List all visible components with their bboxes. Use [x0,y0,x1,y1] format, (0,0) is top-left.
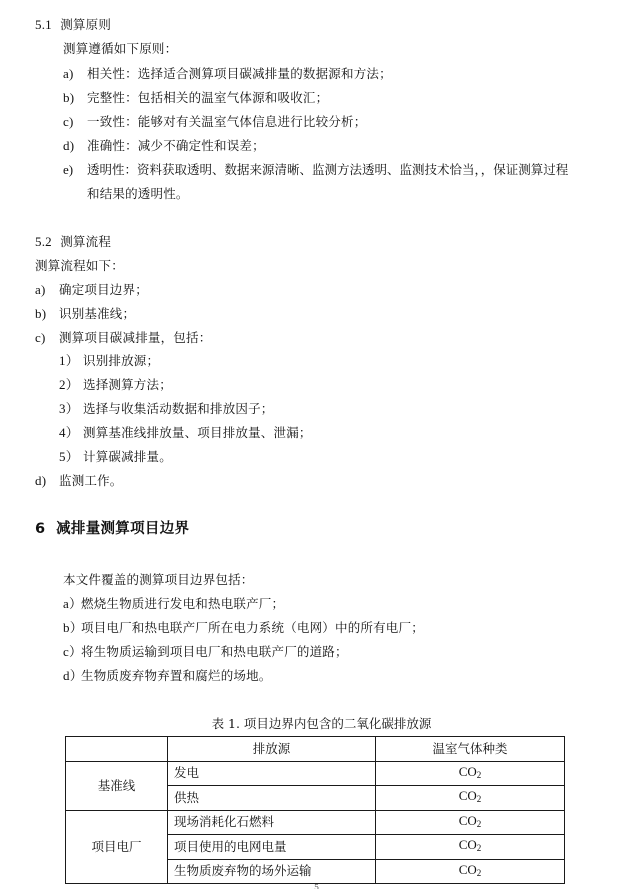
list-marker: a） [63,596,81,612]
list-text: 测算项目碳减排量，包括： [59,330,211,345]
gas-cell: CO2 [376,835,565,860]
list-text: 燃烧生物质进行发电和热电联产厂； [81,596,284,611]
section-title: 减排量测算项目边界 [56,521,189,537]
gas-subscript: 2 [477,868,482,878]
group-label-cell: 项目电厂 [66,810,168,884]
list-text: 一致性：能够对有关温室气体信息进行比较分析； [87,114,366,129]
list-item: d)准确性：减少不确定性和误差； [63,138,265,154]
source-cell: 供热 [168,786,376,811]
list-text: 完整性：包括相关的温室气体源和吸收汇； [87,90,328,105]
gas-cell: CO2 [376,786,565,811]
section-5-2-heading: 5.2 测算流程 [35,234,111,250]
list-marker: c） [63,644,81,660]
table-header-cell: 温室气体种类 [376,737,565,762]
section-title: 测算原则 [60,17,111,32]
list-marker: c) [35,330,59,346]
section-5-1-heading: 5.1 测算原则 [35,17,111,33]
list-marker: 2） [59,377,83,393]
list-marker: c) [63,114,87,130]
list-item: b)识别基准线； [35,306,135,322]
list-item: b)完整性：包括相关的温室气体源和吸收汇； [63,90,328,106]
gas-subscript: 2 [477,770,482,780]
list-marker: a) [35,282,59,298]
list-marker: 1） [59,353,83,369]
list-item: c）将生物质运输到项目电厂和热电联产厂的道路； [63,644,348,660]
list-text: 监测工作。 [59,473,123,488]
gas-subscript: 2 [477,843,482,853]
list-marker: b) [35,306,59,322]
section-number: 5.1 [35,17,52,32]
list-item: e)透明性：资料获取透明、数据来源清晰、监测方法透明、监测技术恰当，，保证测算过… [63,162,568,178]
list-marker: b) [63,90,87,106]
table-row: 项目电厂 现场消耗化石燃料 CO2 [66,810,565,835]
sub-list-item: 2）选择测算方法； [59,377,172,393]
emission-sources-table: 排放源 温室气体种类 基准线 发电 CO2 供热 CO2 项目电厂 现场消耗化石… [65,736,565,884]
section-6-intro: 本文件覆盖的测算项目边界包括： [63,572,254,588]
list-marker: a) [63,66,87,82]
page-number: 5 [314,883,319,889]
sub-list-item: 3）选择与收集活动数据和排放因子； [59,401,274,417]
list-item: b）项目电厂和热电联产厂所在电力系统（电网）中的所有电厂； [63,620,424,636]
list-item: c)一致性：能够对有关温室气体信息进行比较分析； [63,114,366,130]
section-number: 6 [35,521,45,537]
list-item-continuation: 和结果的透明性。 [87,186,189,202]
section-5-2-intro: 测算流程如下： [35,258,124,274]
gas-cell: CO2 [376,810,565,835]
list-item: a）燃烧生物质进行发电和热电联产厂； [63,596,284,612]
list-text: 透明性：资料获取透明、数据来源清晰、监测方法透明、监测技术恰当，，保证测算过程 [87,162,568,177]
gas-formula: CO [459,788,477,803]
table-header-row: 排放源 温室气体种类 [66,737,565,762]
table-header-cell [66,737,168,762]
source-cell: 现场消耗化石燃料 [168,810,376,835]
list-text: 确定项目边界； [59,282,148,297]
list-text: 选择测算方法； [83,377,172,392]
list-item: a)相关性：选择适合测算项目碳减排量的数据源和方法； [63,66,392,82]
gas-formula: CO [459,837,477,852]
list-text: 识别基准线； [59,306,135,321]
list-marker: d) [63,138,87,154]
list-item: c)测算项目碳减排量，包括： [35,330,211,346]
gas-formula: CO [459,862,477,877]
list-item: a)确定项目边界； [35,282,148,298]
list-marker: b） [63,620,81,636]
gas-subscript: 2 [477,819,482,829]
list-marker: e) [63,162,87,178]
table-header-cell: 排放源 [168,737,376,762]
list-text: 相关性：选择适合测算项目碳减排量的数据源和方法； [87,66,392,81]
source-cell: 生物质废弃物的场外运输 [168,859,376,884]
sub-list-item: 5）计算碳减排量。 [59,449,172,465]
list-marker: 5） [59,449,83,465]
list-text: 生物质废弃物弃置和腐烂的场地。 [81,668,272,683]
section-number: 5.2 [35,234,52,249]
section-5-1-intro: 测算遵循如下原则： [63,41,177,57]
list-marker: 4） [59,425,83,441]
list-marker: d) [35,473,59,489]
gas-formula: CO [459,764,477,779]
section-6-heading: 6 减排量测算项目边界 [35,521,189,537]
list-text: 识别排放源； [83,353,159,368]
source-cell: 项目使用的电网电量 [168,835,376,860]
sub-list-item: 1）识别排放源； [59,353,159,369]
section-title: 测算流程 [60,234,111,249]
gas-cell: CO2 [376,761,565,786]
gas-cell: CO2 [376,859,565,884]
list-text: 测算基准线排放量、项目排放量、泄漏； [83,425,312,440]
table-row: 基准线 发电 CO2 [66,761,565,786]
gas-subscript: 2 [477,794,482,804]
sub-list-item: 4）测算基准线排放量、项目排放量、泄漏； [59,425,312,441]
list-text: 计算碳减排量。 [83,449,172,464]
list-text: 项目电厂和热电联产厂所在电力系统（电网）中的所有电厂； [81,620,424,635]
table-caption: 表 1. 项目边界内包含的二氧化碳排放源 [0,716,643,732]
list-marker: 3） [59,401,83,417]
list-text: 将生物质运输到项目电厂和热电联产厂的道路； [81,644,348,659]
group-label-cell: 基准线 [66,761,168,810]
gas-formula: CO [459,813,477,828]
list-marker: d） [63,668,81,684]
list-item: d）生物质废弃物弃置和腐烂的场地。 [63,668,272,684]
list-text: 选择与收集活动数据和排放因子； [83,401,274,416]
list-item: d)监测工作。 [35,473,123,489]
source-cell: 发电 [168,761,376,786]
list-text: 准确性：减少不确定性和误差； [87,138,265,153]
